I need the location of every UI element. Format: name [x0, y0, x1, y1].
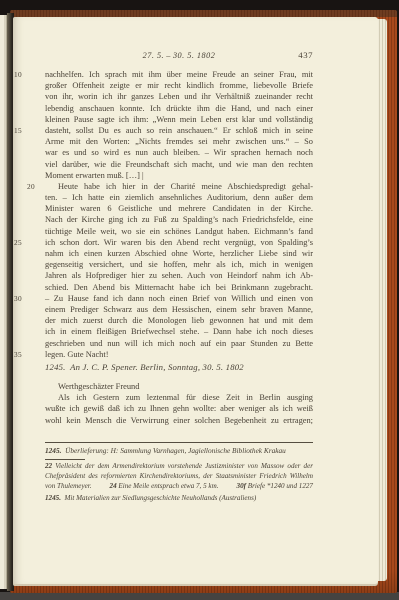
- lemma-number: 30f: [237, 482, 246, 490]
- photo-background-bottom: [0, 592, 399, 600]
- line-text: Minister waren 6 Geistliche und mehrere …: [45, 204, 313, 213]
- line-text: Heute habe ich hier in der Charité meine…: [58, 182, 313, 191]
- line-text: tüchtige Meile weit, wo sie ein schönes …: [45, 227, 313, 236]
- footnote-segment: 1245. Überlieferung: H: Sammlung Varnhag…: [45, 446, 286, 455]
- line-number: 30: [14, 293, 37, 304]
- footnote-segment: 30f Briefe *1240 und 1227: [237, 482, 313, 492]
- line-text: Nach der Kirche ging ich zu Fuß zu Spald…: [45, 215, 313, 224]
- line-text: nahm ich einen kurzen Abschied ohne Wort…: [45, 249, 313, 258]
- footnote-separator-rule: [45, 442, 313, 443]
- line-text: war es und so wird es nun auch bleiben. …: [45, 148, 313, 157]
- letter-text: Werthgeschäzter FreundAls ich Gestern zu…: [45, 381, 313, 426]
- apparatus-note: 1245. Überlieferung: H: Sammlung Varnhag…: [45, 446, 313, 456]
- line-text: ich in einem fleißigen Briefwechsel steh…: [45, 327, 313, 336]
- footnote-segment: von Thulemeyer.: [45, 482, 92, 492]
- line-text: lebendig anschauen konnte. Ich drückte i…: [45, 104, 313, 113]
- text-line: ten. – Ich hatte ein ziemlich ansehnlich…: [45, 192, 313, 203]
- footnote-text: Briefe *1240 und 1227: [246, 482, 313, 490]
- text-line: Moment erwarten muß. […] |: [45, 170, 313, 181]
- text-line: geschrieben und nun will ich mich noch a…: [45, 338, 313, 349]
- text-line: viel darüber, wie die Freundschaft sich …: [45, 159, 313, 170]
- line-text: ten. – Ich hatte ein ziemlich ansehnlich…: [45, 193, 313, 202]
- commentary-separator-rule: [45, 459, 85, 460]
- line-number: 20: [14, 181, 37, 192]
- line-text: Jahren als Hofprediger hier zu sehen. Au…: [45, 271, 313, 280]
- line-text: nachhelfen. Ich sprach mit ihm über mein…: [45, 70, 313, 79]
- text-line: Werthgeschäzter Freund: [45, 381, 313, 392]
- line-text: einem Prediger Schwarz aus dem Hessische…: [45, 305, 313, 314]
- line-text: schied. Den Abend bis Mitternacht habe i…: [45, 283, 313, 292]
- text-line: 30– Zu Hause fand ich dann noch einen Br…: [45, 293, 313, 304]
- text-line: Nach der Kirche ging ich zu Fuß zu Spald…: [45, 214, 313, 225]
- text-line: gegenseitig versichert, und sie hoffen, …: [45, 259, 313, 270]
- line-number: 35: [14, 349, 37, 360]
- footnote-line: 22 Vielleicht der dem Armendirektorium v…: [45, 462, 313, 472]
- commentary-notes: 22 Vielleicht der dem Armendirektorium v…: [45, 462, 313, 504]
- text-line: Jahren als Hofprediger hier zu sehen. Au…: [45, 270, 313, 281]
- line-text: Arme mit den Worten: „Nichts fremdes sei…: [45, 137, 313, 146]
- footnote-text: Eine Meile entsprach etwa 7, 5 km.: [117, 482, 219, 490]
- footnote-segment: 24 Eine Meile entsprach etwa 7, 5 km.: [110, 482, 219, 492]
- text-line: Als ich Gestern zum leztenmal für diese …: [45, 392, 313, 403]
- page-number: 437: [298, 50, 313, 61]
- running-head: 27. 5. – 30. 5. 1802 437: [45, 50, 313, 61]
- footnote-segment: 1245. Mit Materialien zur Siedlungsgesch…: [45, 494, 256, 502]
- page-edges-right: [377, 19, 387, 581]
- line-text: legen. Gute Nacht!: [45, 350, 108, 359]
- text-line: kleinen Pause sagte ich ihm: „Wenn mein …: [45, 114, 313, 125]
- line-number: 10: [14, 69, 37, 80]
- book-photo: 27. 5. – 30. 5. 1802 437 10nachhelfen. I…: [0, 0, 399, 600]
- line-text: wohl kein Mensch die Verwirrung einer so…: [45, 416, 313, 425]
- text-line: tüchtige Meile weit, wo sie ein schönes …: [45, 226, 313, 237]
- text-line: 25ich schon dort. Wir waren bis den Aben…: [45, 237, 313, 248]
- line-text: großer Offenheit zeigte er mir recht kin…: [45, 81, 313, 90]
- text-line: Minister waren 6 Geistliche und mehrere …: [45, 203, 313, 214]
- text-line: der mich zuerst durch die Monologen lieb…: [45, 315, 313, 326]
- footnote-text: Chefpräsident des reformierten Kirchendi…: [45, 472, 313, 480]
- text-line: von ihr, worin ich ihr ganzes Leben und …: [45, 91, 313, 102]
- line-text: viel darüber, wie die Freundschaft sich …: [45, 160, 313, 169]
- text-line: nahm ich einen kurzen Abschied ohne Wort…: [45, 248, 313, 259]
- book-page: 27. 5. – 30. 5. 1802 437 10nachhelfen. I…: [13, 17, 378, 584]
- line-number: 15: [14, 125, 37, 136]
- line-text: ich schon dort. Wir waren bis den Abend …: [45, 238, 313, 247]
- footnote-text: Mit Materialien zur Siedlungsgeschichte …: [61, 494, 256, 502]
- line-text: der mich zuerst durch die Monologen lieb…: [45, 316, 313, 325]
- text-line: war es und so wird es nun auch bleiben. …: [45, 147, 313, 158]
- line-text: Moment erwarten muß. […] |: [45, 171, 144, 180]
- text-line: 15dasteht, sollst Du es auch so rein ans…: [45, 125, 313, 136]
- line-number: 25: [14, 237, 37, 248]
- text-line: schied. Den Abend bis Mitternacht habe i…: [45, 282, 313, 293]
- line-text: von ihr, worin ich ihr ganzes Leben und …: [45, 92, 313, 101]
- running-head-date: 27. 5. – 30. 5. 1802: [45, 50, 313, 61]
- footnote-segment: Chefpräsident des reformierten Kirchendi…: [45, 472, 313, 480]
- footnote-line: 1245. Mit Materialien zur Siedlungsgesch…: [45, 494, 313, 504]
- footnote-text: von Thulemeyer.: [45, 482, 92, 490]
- text-line: wohl kein Mensch die Verwirrung einer so…: [45, 415, 313, 426]
- line-text: geschrieben und nun will ich mich noch a…: [45, 339, 313, 348]
- text-line: einem Prediger Schwarz aus dem Hessische…: [45, 304, 313, 315]
- line-text: wußte ich gewiß daß ich zu Ihnen gehn wo…: [45, 404, 313, 413]
- text-line: großer Offenheit zeigte er mir recht kin…: [45, 80, 313, 91]
- page-fore-edge-left: [0, 15, 7, 589]
- text-line: 10nachhelfen. Ich sprach mit ihm über me…: [45, 69, 313, 80]
- text-line: Arme mit den Worten: „Nichts fremdes sei…: [45, 136, 313, 147]
- line-text: Als ich Gestern zum leztenmal für diese …: [58, 393, 313, 402]
- line-text: kleinen Pause sagte ich ihm: „Wenn mein …: [45, 115, 313, 124]
- text-line: 35legen. Gute Nacht!: [45, 349, 313, 360]
- text-line: 20Heute habe ich hier in der Charité mei…: [45, 181, 313, 192]
- line-text: – Zu Hause fand ich dann noch einen Brie…: [45, 294, 313, 303]
- footnote-text: Vielleicht der dem Armendirektorium vors…: [52, 462, 313, 470]
- diary-entry-text: 10nachhelfen. Ich sprach mit ihm über me…: [45, 69, 313, 360]
- footnote-line: Chefpräsident des reformierten Kirchendi…: [45, 472, 313, 482]
- lemma-number: 24: [110, 482, 117, 490]
- line-text: gegenseitig versichert, und sie hoffen, …: [45, 260, 313, 269]
- letter-heading: 1245. An J. C. P. Spener. Berlin, Sonnta…: [45, 362, 345, 373]
- text-line: wußte ich gewiß daß ich zu Ihnen gehn wo…: [45, 403, 313, 414]
- footnote-text: Überlieferung: H: Sammlung Varnhagen, Ja…: [61, 446, 285, 455]
- footnote-line: 1245. Überlieferung: H: Sammlung Varnhag…: [45, 446, 313, 456]
- lemma-number: 1245.: [45, 446, 61, 455]
- lemma-number: 1245.: [45, 494, 61, 502]
- text-line: lebendig anschauen konnte. Ich drückte i…: [45, 103, 313, 114]
- line-text: Werthgeschäzter Freund: [58, 382, 139, 391]
- footnote-line: von Thulemeyer.24 Eine Meile entsprach e…: [45, 482, 313, 492]
- text-line: ich in einem fleißigen Briefwechsel steh…: [45, 326, 313, 337]
- footnote-segment: 22 Vielleicht der dem Armendirektorium v…: [45, 462, 313, 470]
- line-text: dasteht, sollst Du es auch so rein ansch…: [45, 126, 313, 135]
